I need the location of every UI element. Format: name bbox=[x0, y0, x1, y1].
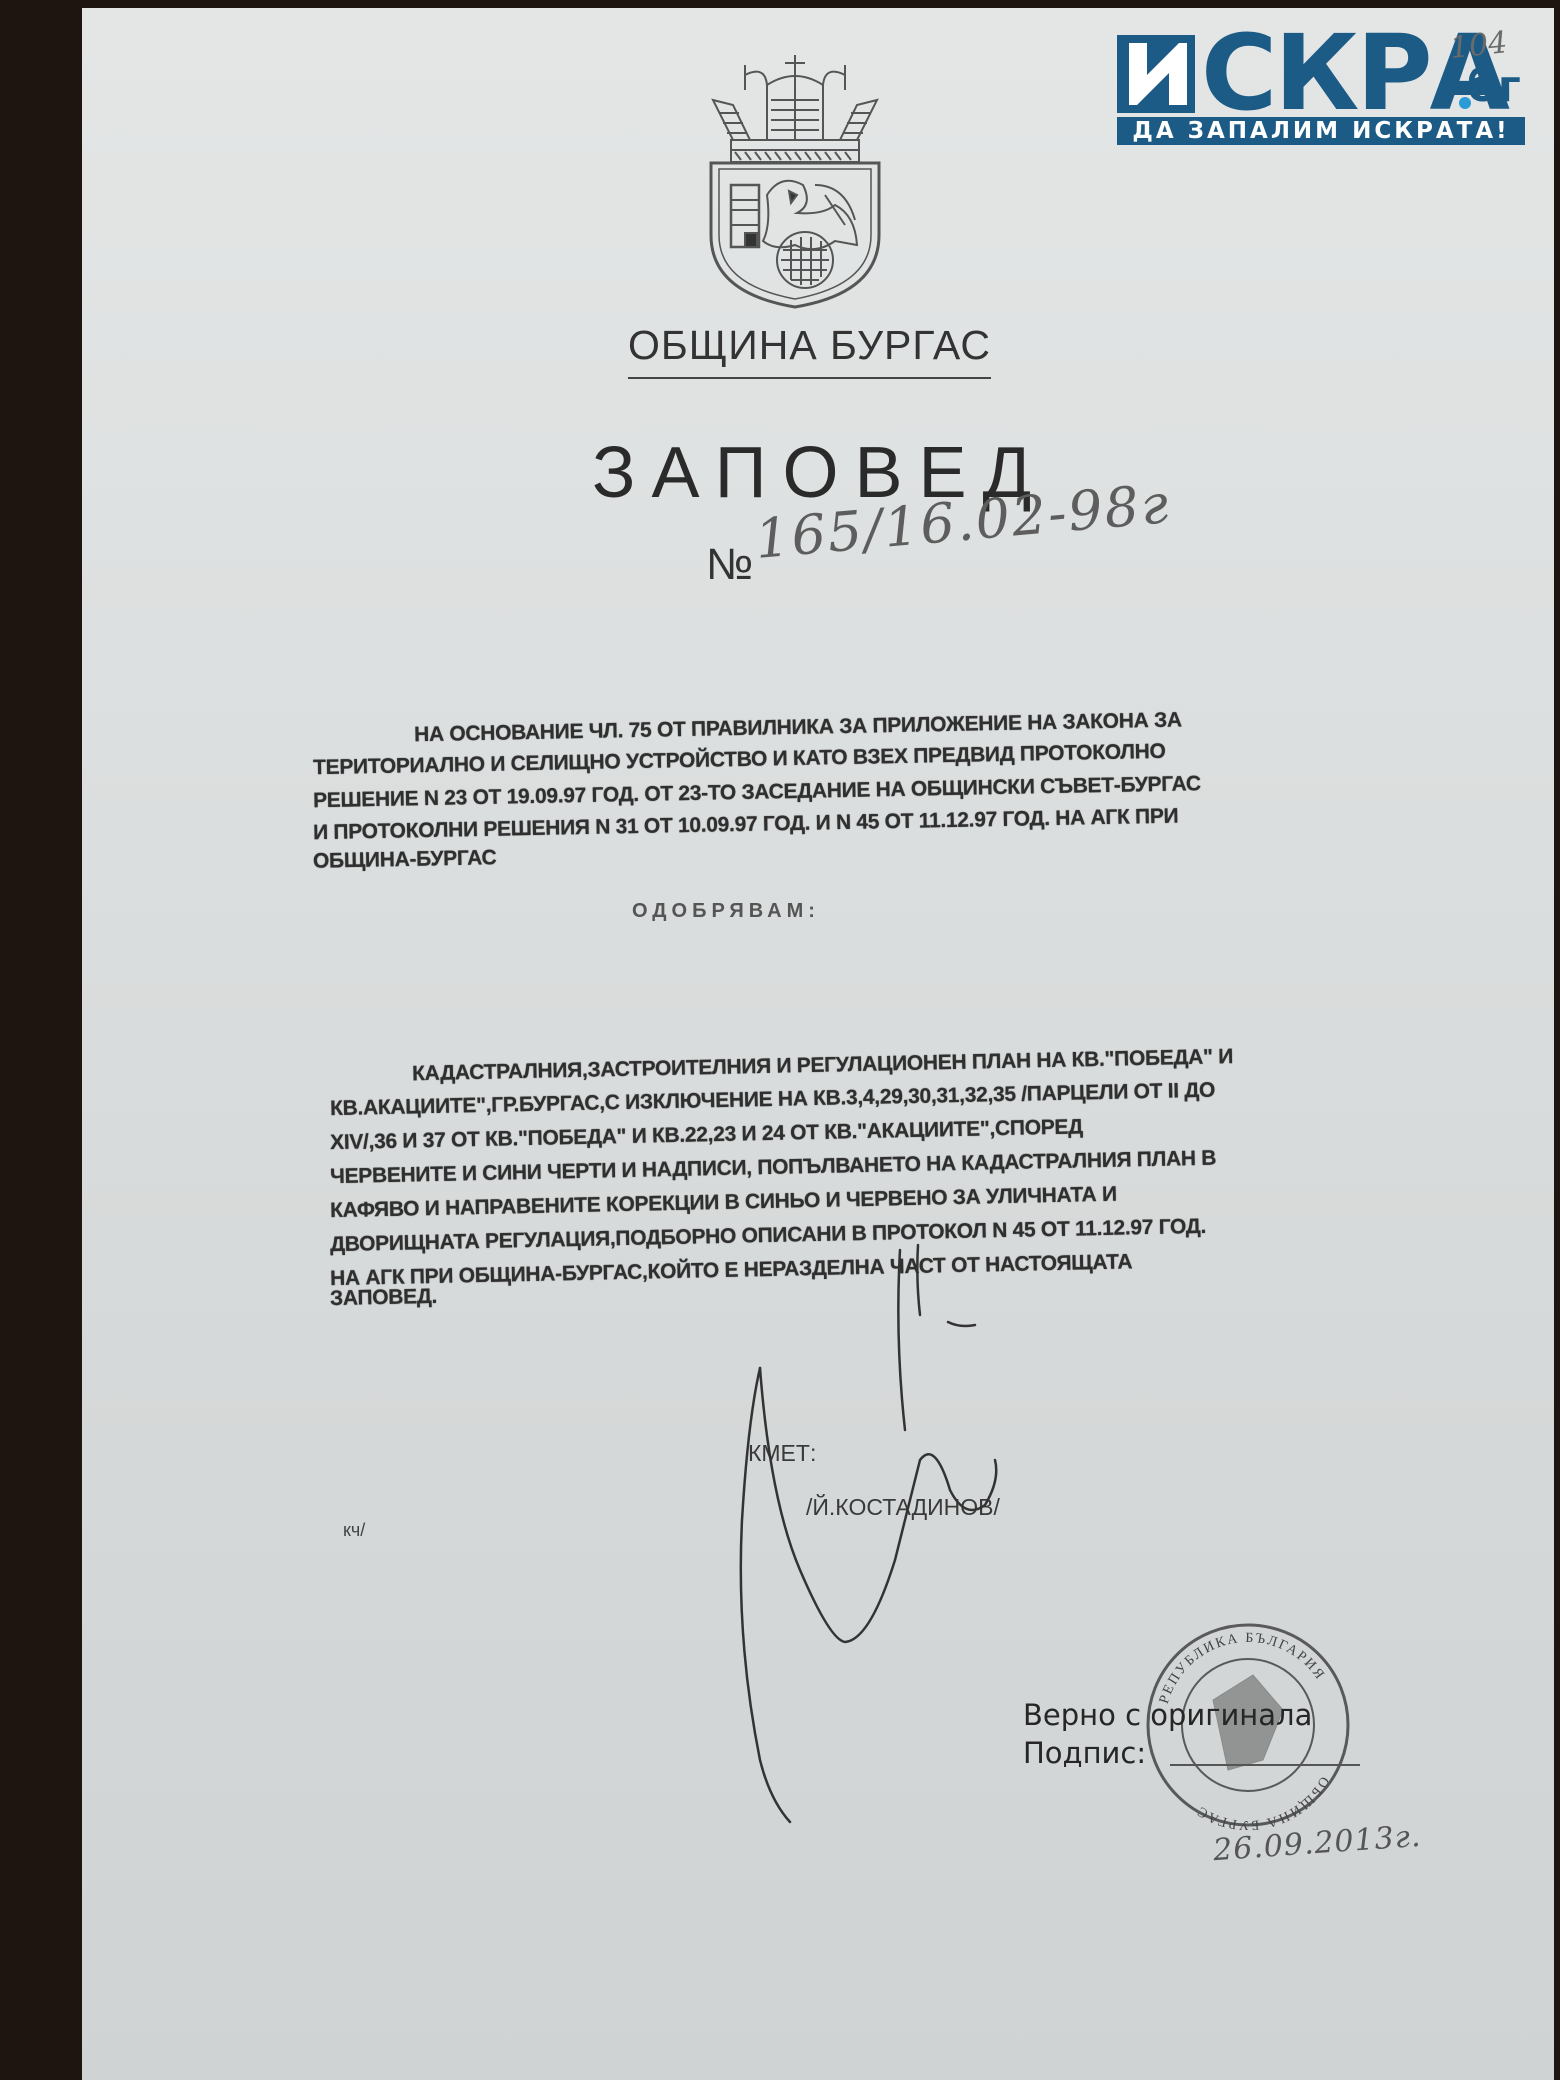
number-sign: № bbox=[706, 540, 753, 590]
logo-slogan: ДА ЗАПАЛИМ ИСКРАТА! bbox=[1117, 117, 1525, 145]
body-line: ЗАПОВЕД. bbox=[330, 1285, 438, 1311]
certified-line: Верно с оригинала bbox=[1023, 1696, 1312, 1734]
approve-heading: ОДОБРЯВАМ: bbox=[632, 900, 820, 923]
logo-i-glyph-icon bbox=[1117, 35, 1195, 113]
logo-tld-text: бг bbox=[1467, 65, 1521, 109]
mayor-title: КМЕТ: bbox=[748, 1440, 816, 1467]
header-underline bbox=[628, 377, 991, 379]
mayor-name: /Й.КОСТАДИНОВ/ bbox=[806, 1494, 1000, 1521]
signature-label: Подпис: bbox=[1023, 1734, 1312, 1772]
municipality-name: ОБЩИНА БУРГАС bbox=[628, 322, 991, 369]
handwritten-page-number: 104 bbox=[1448, 25, 1509, 66]
signature-underline bbox=[1170, 1764, 1360, 1766]
certified-copy-note: Верно с оригинала Подпис: bbox=[1023, 1696, 1312, 1772]
coat-of-arms-icon bbox=[705, 45, 885, 315]
typist-initials: кч/ bbox=[343, 1520, 365, 1541]
preamble-line: ОБЩИНА-БУРГАС bbox=[313, 846, 497, 874]
